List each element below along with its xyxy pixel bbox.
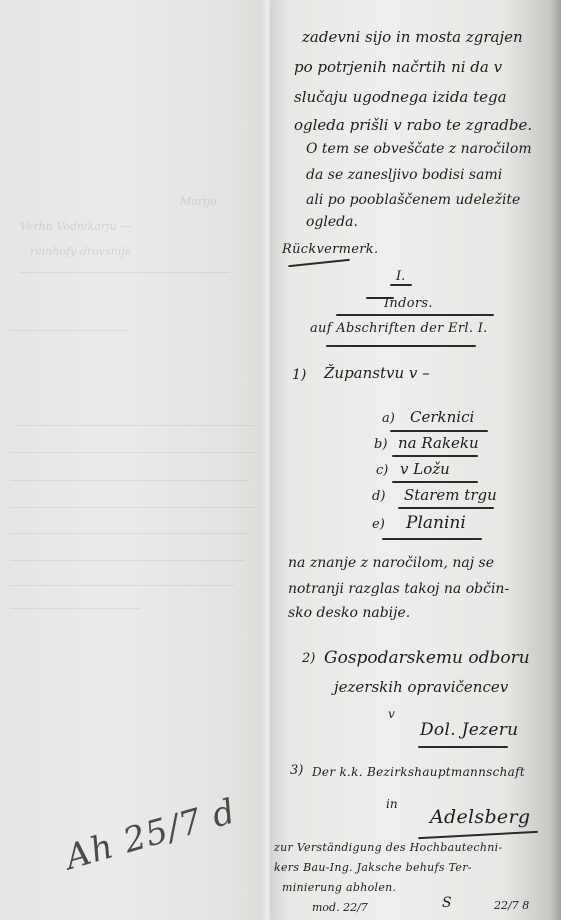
bleed-through-text: Verhn Vodnikarju —	[20, 220, 131, 233]
section-heading-underline	[336, 314, 494, 316]
item-2-connector: v	[388, 708, 395, 720]
section-heading: Indors.	[384, 297, 433, 310]
bleed-through-line	[10, 560, 245, 561]
document-spread: Marijo Verhn Vodnikarju — reinhofy drovs…	[0, 0, 561, 920]
marginal-note: Rückvermerk.	[282, 243, 378, 256]
sub-item-underline	[392, 481, 478, 483]
item-3-line-1: Der k.k. Bezirkshauptmannschaft	[312, 766, 525, 778]
marginal-note-underline	[288, 259, 350, 267]
archive-reference-annotation: Ah 25/7 d	[61, 791, 240, 878]
paragraph-line: na znanje z naročilom, naj se	[288, 556, 494, 570]
section-number-underline	[390, 284, 412, 286]
bleed-through-line	[10, 608, 140, 609]
sub-item-underline	[392, 455, 478, 457]
paragraph-line: ogleda.	[306, 215, 358, 229]
initial-mark: S	[442, 896, 452, 910]
sub-item-underline	[382, 538, 482, 540]
bleed-through-line	[10, 585, 235, 586]
bleed-through-line	[10, 507, 255, 508]
bleed-through-line	[15, 425, 255, 426]
sub-item-place: na Rakeku	[398, 436, 479, 451]
item-3-connector: in	[386, 798, 398, 810]
paragraph-line: O tem se obveščate z naročilom	[306, 142, 532, 156]
section-subheading: auf Abschriften der Erl. I.	[310, 322, 488, 335]
paragraph-line: notranji razglas takoj na občin-	[288, 582, 509, 596]
sub-item-place: Cerknici	[410, 410, 474, 425]
item-3-place: Adelsberg	[430, 808, 530, 827]
paragraph-line: zadevni sijo in mosta zgrajen	[302, 30, 523, 45]
bleed-through-text: reinhofy drovsnije	[30, 245, 131, 258]
paragraph-line: da se zanesljivo bodisi sami	[306, 168, 502, 182]
bleed-through-line	[10, 533, 250, 534]
closing-note-line: minierung abholen.	[282, 882, 396, 893]
item-2-place: Dol. Jezeru	[420, 722, 518, 739]
date-mark: mod. 22/7	[312, 902, 368, 913]
sub-item-underline	[390, 430, 488, 432]
item-3-label: 3)	[290, 764, 303, 777]
sub-item-label: c)	[376, 464, 388, 477]
item-2-line-1: Gospodarskemu odboru	[324, 650, 530, 667]
bleed-through-text: Marijo	[180, 195, 217, 208]
item-1-recipient: Županstvu v –	[324, 366, 430, 381]
sub-item-label: a)	[382, 412, 395, 425]
paragraph-line: sko desko nabije.	[288, 606, 410, 620]
item-3-place-underline	[418, 831, 538, 839]
bleed-through-line	[10, 452, 255, 453]
bleed-through-line	[20, 272, 230, 273]
reference-mark: 22/7 8	[494, 900, 529, 911]
paragraph-line: po potrjenih načrtih ni da v	[294, 60, 502, 75]
bleed-through-line	[10, 330, 130, 331]
closing-note-line: zur Verständigung des Hochbautechni-	[274, 842, 503, 853]
sub-item-label: b)	[374, 438, 387, 451]
item-2-place-underline	[418, 746, 508, 748]
paragraph-line: ogleda prišli v rabo te zgradbe.	[294, 118, 532, 133]
section-number: I.	[396, 270, 405, 283]
sub-item-underline	[398, 507, 494, 509]
section-subheading-underline	[326, 345, 476, 347]
sub-item-place: Starem trgu	[404, 488, 497, 503]
paragraph-line: slučaju ugodnega izida tega	[294, 90, 507, 105]
closing-note-line: kers Bau-Ing. Jaksche behufs Ter-	[274, 862, 472, 873]
item-1-label: 1)	[292, 368, 306, 382]
paragraph-line: ali po pooblaščenem udeležite	[306, 193, 520, 207]
sub-item-place: Planini	[406, 515, 466, 532]
left-page: Marijo Verhn Vodnikarju — reinhofy drovs…	[0, 0, 280, 920]
item-2-line-2: jezerskih opravičencev	[334, 680, 508, 695]
sub-item-label: e)	[372, 518, 385, 531]
sub-item-label: d)	[372, 490, 385, 503]
bleed-through-line	[10, 480, 250, 481]
right-page: zadevni sijo in mosta zgrajen po potrjen…	[272, 0, 561, 920]
sub-item-place: v Ložu	[400, 462, 450, 477]
item-2-label: 2)	[302, 652, 315, 665]
